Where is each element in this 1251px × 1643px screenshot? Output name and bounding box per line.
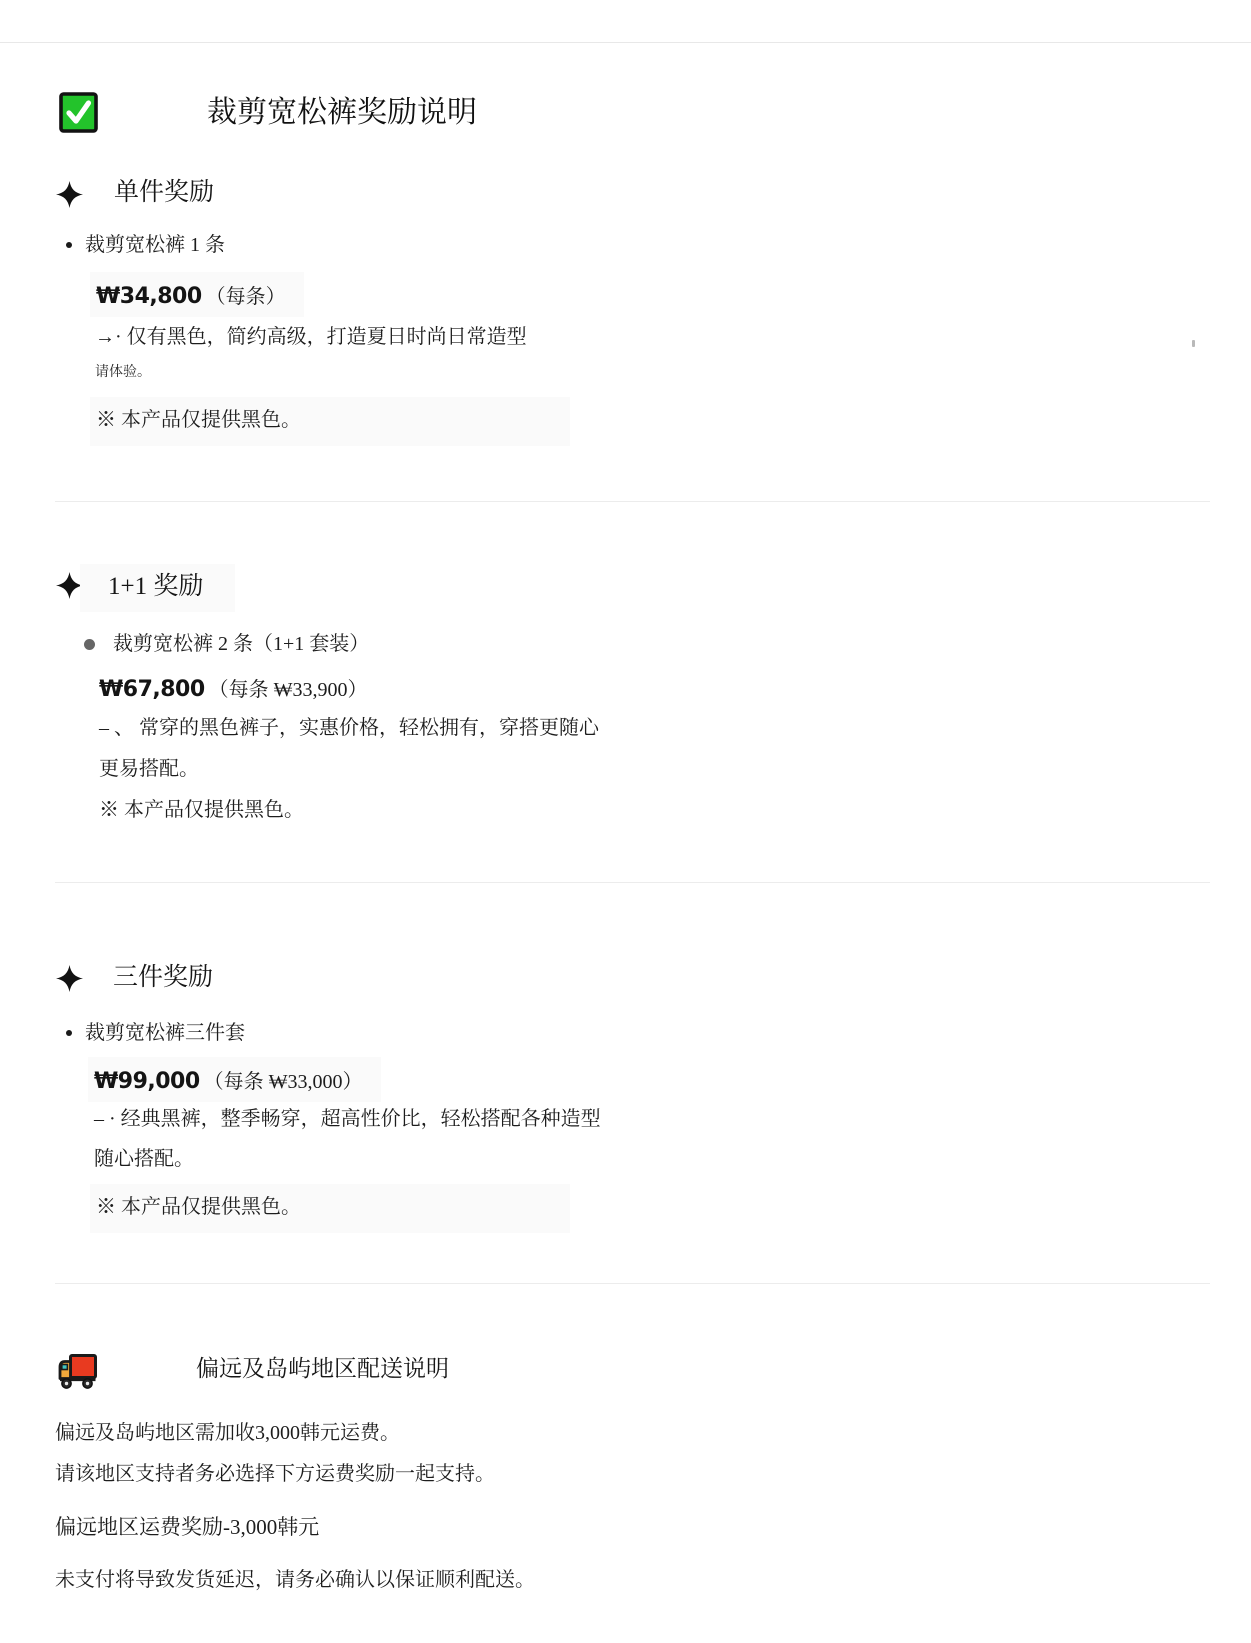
price-line: ₩67,800 （每条 ₩33,900） (99, 673, 368, 702)
item-description: – · 经典黑裤，整季畅穿，超高性价比，轻松搭配各种造型 (94, 1105, 601, 1133)
sparkle-icon (56, 572, 83, 604)
price-value: ₩99,000 (94, 1069, 200, 1094)
list-item: 裁剪宽松裤 2 条（1+1 套装） (84, 630, 369, 658)
top-divider (0, 42, 1251, 43)
color-note-box: ※ 本产品仅提供黑色。 (90, 1184, 570, 1233)
shipping-line: 请该地区支持者务必选择下方运费奖励一起支持。 (55, 1460, 495, 1488)
item-name: 裁剪宽松裤 2 条（1+1 套装） (113, 630, 369, 658)
list-item: 裁剪宽松裤三件套 (66, 1019, 245, 1047)
price-unit-note: （每条 ₩33,900） (209, 679, 368, 701)
item-description-2: 随心搭配。 (94, 1145, 194, 1173)
item-name: 裁剪宽松裤 1 条 (85, 231, 225, 259)
color-note: ※ 本产品仅提供黑色。 (99, 796, 304, 824)
bullet-dot-icon (84, 639, 95, 650)
fine-print: 请体验。 (95, 364, 151, 382)
item-description: – 、 常穿的黑色裤子，实惠价格，轻松拥有，穿搭更随心 (99, 714, 599, 742)
price-unit-note: （每条 ₩33,000） (204, 1071, 363, 1093)
section-title-three-pack: 三件奖励 (113, 962, 213, 994)
section-divider (55, 882, 1210, 883)
item-name: 裁剪宽松裤三件套 (85, 1019, 245, 1047)
section-divider (55, 1283, 1210, 1284)
shipping-fee-reward-line: 偏远地区运费奖励-3,000韩元 (55, 1513, 319, 1541)
stray-mark (1192, 340, 1195, 347)
section-title-one-plus-one: 1+1 奖励 (108, 573, 203, 600)
shipping-line: 偏远及岛屿地区需加收3,000韩元运费。 (55, 1419, 400, 1447)
shipping-line: 未支付将导致发货延迟，请务必确认以保证顺利配送。 (55, 1566, 535, 1594)
sparkle-icon (56, 181, 83, 213)
item-description-2: 更易搭配。 (99, 755, 199, 783)
price-value: ₩34,800 (96, 284, 202, 309)
section-title-single: 单件奖励 (114, 177, 214, 209)
item-description: →· 仅有黑色，简约高级，打造夏日时尚日常造型 (95, 323, 527, 351)
price-value: ₩67,800 (99, 677, 205, 702)
price-line: ₩34,800 （每条） (90, 272, 304, 317)
bullet-dot-icon (66, 1030, 72, 1036)
color-note-box: ※ 本产品仅提供黑色。 (90, 397, 570, 446)
section-title-box: 1+1 奖励 (80, 564, 235, 612)
color-note: ※ 本产品仅提供黑色。 (96, 409, 301, 431)
list-item: 裁剪宽松裤 1 条 (66, 231, 225, 259)
color-note: ※ 本产品仅提供黑色。 (96, 1196, 301, 1218)
delivery-truck-icon (57, 1352, 99, 1397)
price-unit-note: （每条） (206, 286, 286, 308)
check-box-icon (58, 89, 99, 142)
page-title: 裁剪宽松裤奖励说明 (207, 93, 477, 133)
section-divider (55, 501, 1210, 502)
shipping-title: 偏远及岛屿地区配送说明 (196, 1353, 449, 1385)
bullet-dot-icon (66, 242, 72, 248)
reward-description-page: 裁剪宽松裤奖励说明 单件奖励 裁剪宽松裤 1 条 ₩34,800 （每条） →·… (0, 0, 1251, 1643)
price-line: ₩99,000 （每条 ₩33,000） (88, 1057, 381, 1102)
sparkle-icon (56, 965, 83, 997)
